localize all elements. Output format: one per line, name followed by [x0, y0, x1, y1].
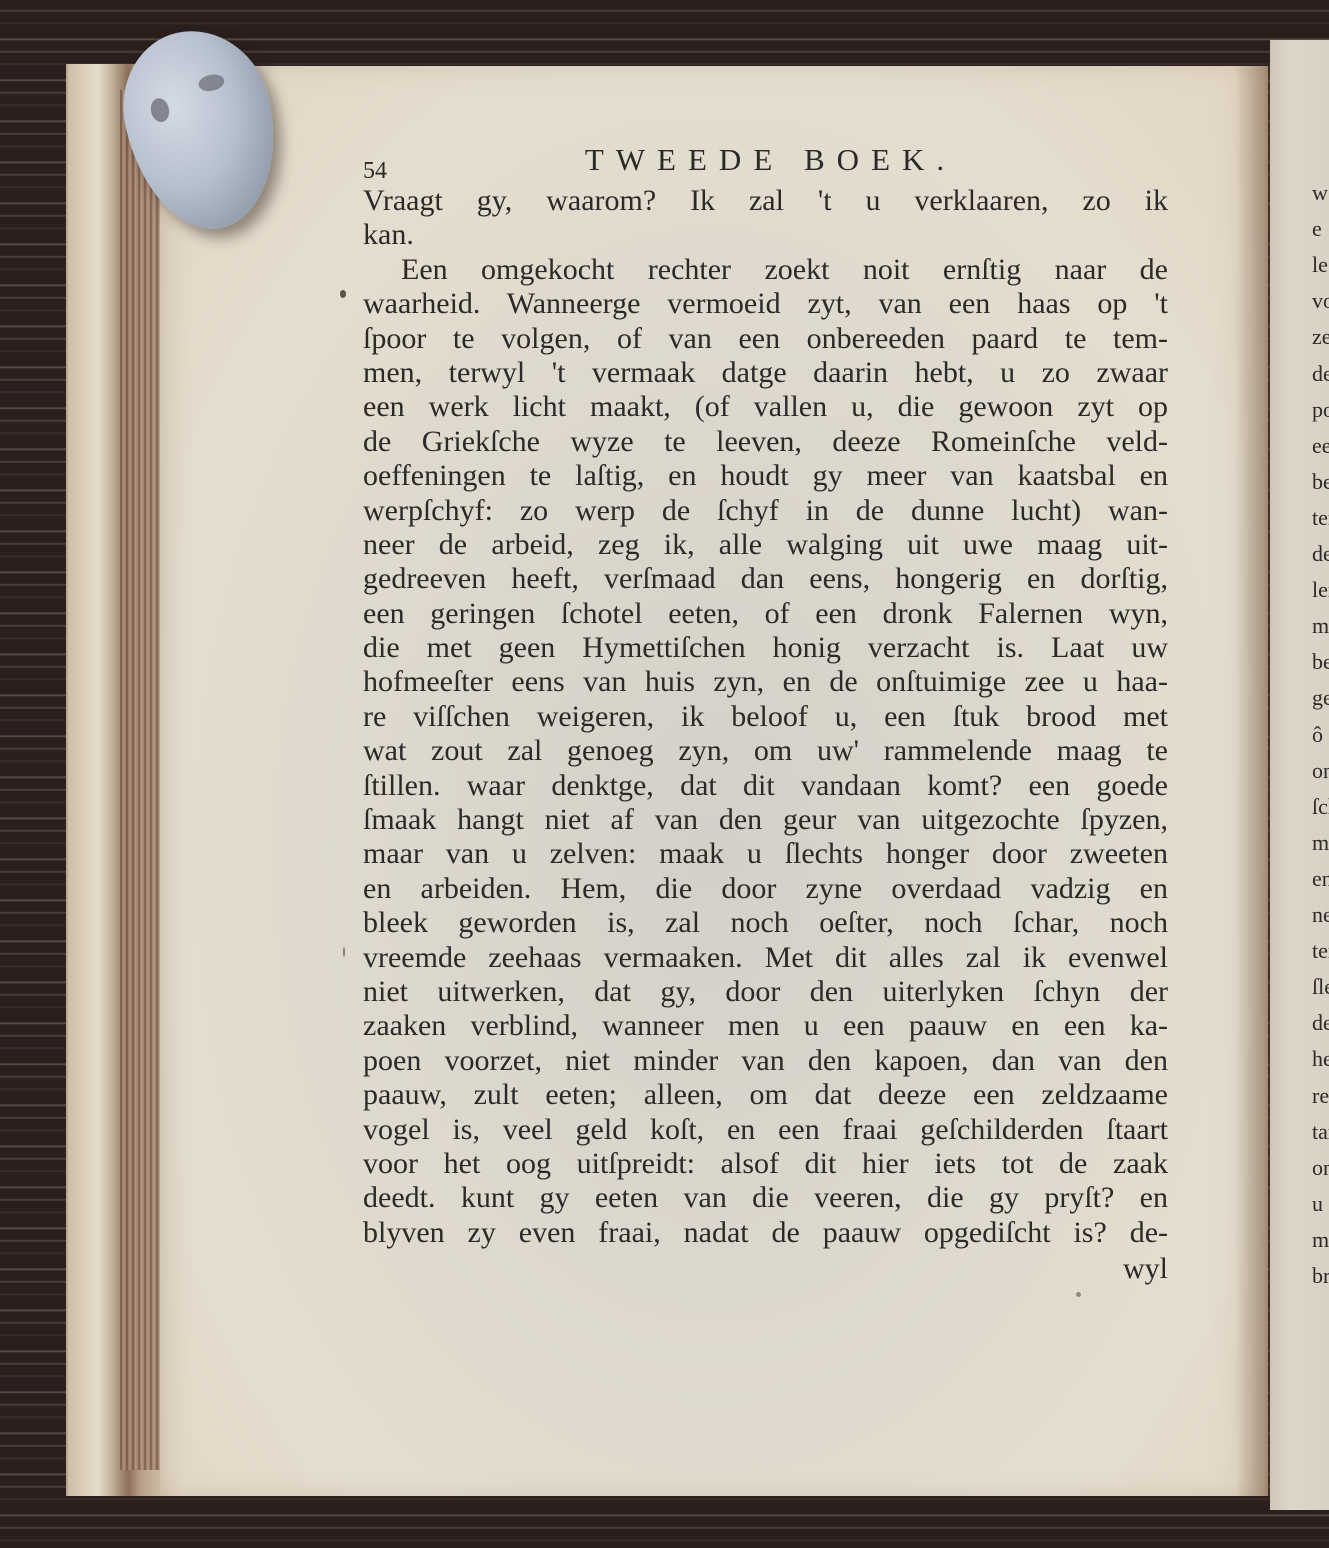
facing-page-fragment: ma [1312, 615, 1329, 637]
body-text: Vraagt gy, waarom? Ik zal 't u verklaare… [363, 184, 1168, 1250]
text-line: deedt. kunt gy eeten van die veeren, die… [363, 1181, 1168, 1215]
facing-page-fragment: maa [1312, 832, 1329, 854]
ink-speck [1076, 1292, 1081, 1297]
facing-page-fragment: mar [1312, 1229, 1329, 1251]
facing-page-fragment: ze [1312, 326, 1329, 348]
text-line: voor het oog uitſpreidt: alsof dit hier … [363, 1147, 1168, 1181]
text-line: blyven zy even fraai, nadat de paauw opg… [363, 1216, 1168, 1250]
text-line: hofmeeſter eens van huis zyn, en de onſt… [363, 665, 1168, 699]
text-line: maar van u zelven: maak u ſlechts honger… [363, 837, 1168, 871]
catchword: wyl [363, 1252, 1168, 1286]
text-line: niet uitwerken, dat gy, door den uiterly… [363, 975, 1168, 1009]
text-line: zaaken verblind, wanneer men u een paauw… [363, 1009, 1168, 1043]
text-line: kan. [363, 218, 1168, 252]
facing-page-fragment: le [1312, 254, 1328, 276]
facing-page-fragment: braa [1312, 1265, 1329, 1287]
facing-page-fragment: u d [1312, 1193, 1329, 1215]
running-head-title: TWEEDE BOEK. [363, 142, 1168, 178]
text-line: bleek geworden is, zal noch oeſter, noch… [363, 906, 1168, 940]
facing-page-fragment: ten [1312, 507, 1329, 529]
facing-page-fragment: ren ' [1312, 1085, 1329, 1107]
facing-page: welevozedepoeetbectendelenmabeegezô zuon… [1270, 40, 1329, 1510]
facing-page-fragment: po [1312, 399, 1329, 421]
running-head: 54 TWEEDE BOEK. [363, 140, 1168, 184]
text-line: vogel is, veel geld koſt, en een fraai g… [363, 1113, 1168, 1147]
text-line: een geringen ſchotel eeten, of een dronk… [363, 597, 1168, 631]
text-line: men, terwyl 't vermaak datge daarin hebt… [363, 356, 1168, 390]
facing-page-fragment: de [1312, 363, 1329, 385]
gutter-shadow [1235, 66, 1275, 1496]
text-line: paauw, zult eeten; alleen, om dat deeze … [363, 1078, 1168, 1112]
text-line: oeffeningen te laſtig, en houdt gy meer … [363, 459, 1168, 493]
facing-page-fragment: e [1312, 218, 1322, 240]
facing-page-fragment: vo [1312, 290, 1329, 312]
facing-page-fragment: bee [1312, 651, 1329, 673]
text-line: ſmaak hangt niet af van den geur van uit… [363, 803, 1168, 837]
facing-page-fragment: ſch [1312, 796, 1329, 818]
facing-page-fragment: den, [1312, 1012, 1329, 1034]
facing-page-fragment: ten [1312, 940, 1329, 962]
text-line: poen voorzet, niet minder van den kapoen… [363, 1044, 1168, 1078]
facing-page-fragment: len [1312, 579, 1329, 601]
facing-page-fragment: heeft [1312, 1048, 1329, 1070]
text-line: en arbeiden. Hem, die door zyne overdaad… [363, 872, 1168, 906]
text-line: ſpoor te volgen, of van een onbereeden p… [363, 322, 1168, 356]
facing-page-fragment: eet [1312, 435, 1329, 457]
facing-page-fragment: ſlec [1312, 976, 1329, 998]
facing-page-fragment: bec [1312, 471, 1329, 493]
facing-page-fragment: ne ſp [1312, 904, 1329, 926]
text-line: Vraagt gy, waarom? Ik zal 't u verklaare… [363, 184, 1168, 218]
text-line: werpſchyf: zo werp de ſchyf in de dunne … [363, 494, 1168, 528]
text-line: neer de arbeid, zeg ik, alle walging uit… [363, 528, 1168, 562]
facing-page-fragment: onn [1312, 760, 1329, 782]
text-line: re viſſchen weigeren, ik beloof u, een ſ… [363, 700, 1168, 734]
text-line: gedreeven heeft, verſmaad dan eens, hong… [363, 562, 1168, 596]
facing-page-fragment: en ſ [1312, 868, 1329, 890]
text-line: vreemde zeehaas vermaaken. Met dit alles… [363, 941, 1168, 975]
facing-page-fragment: ô zu [1312, 724, 1329, 746]
text-line: ſtillen. waar denktge, dat dit vandaan k… [363, 769, 1168, 803]
text-line: de Griekſche wyze te leeven, deeze Romei… [363, 425, 1168, 459]
text-line: Een omgekocht rechter zoekt noit ernſtig… [363, 253, 1168, 287]
text-line: wat zout zal genoeg zyn, om uw' rammelen… [363, 734, 1168, 768]
facing-page-fragment: w [1312, 182, 1328, 204]
text-line: waarheid. Wanneerge vermoeid zyt, van ee… [363, 287, 1168, 321]
facing-page-fragment: gez [1312, 687, 1329, 709]
ink-speck [343, 947, 345, 957]
text-line: die met geen Hymettiſchen honig verzacht… [363, 631, 1168, 665]
page-text-block: 54 TWEEDE BOEK. Vraagt gy, waarom? Ik za… [363, 140, 1168, 1286]
facing-page-fragment: ong [1312, 1157, 1329, 1179]
text-line: een werk licht maakt, (of vallen u, die … [363, 390, 1168, 424]
ink-speck [340, 290, 346, 298]
facing-page-fragment: tarb [1312, 1121, 1329, 1143]
page-stack [120, 90, 162, 1470]
facing-page-fragment: de [1312, 543, 1329, 565]
